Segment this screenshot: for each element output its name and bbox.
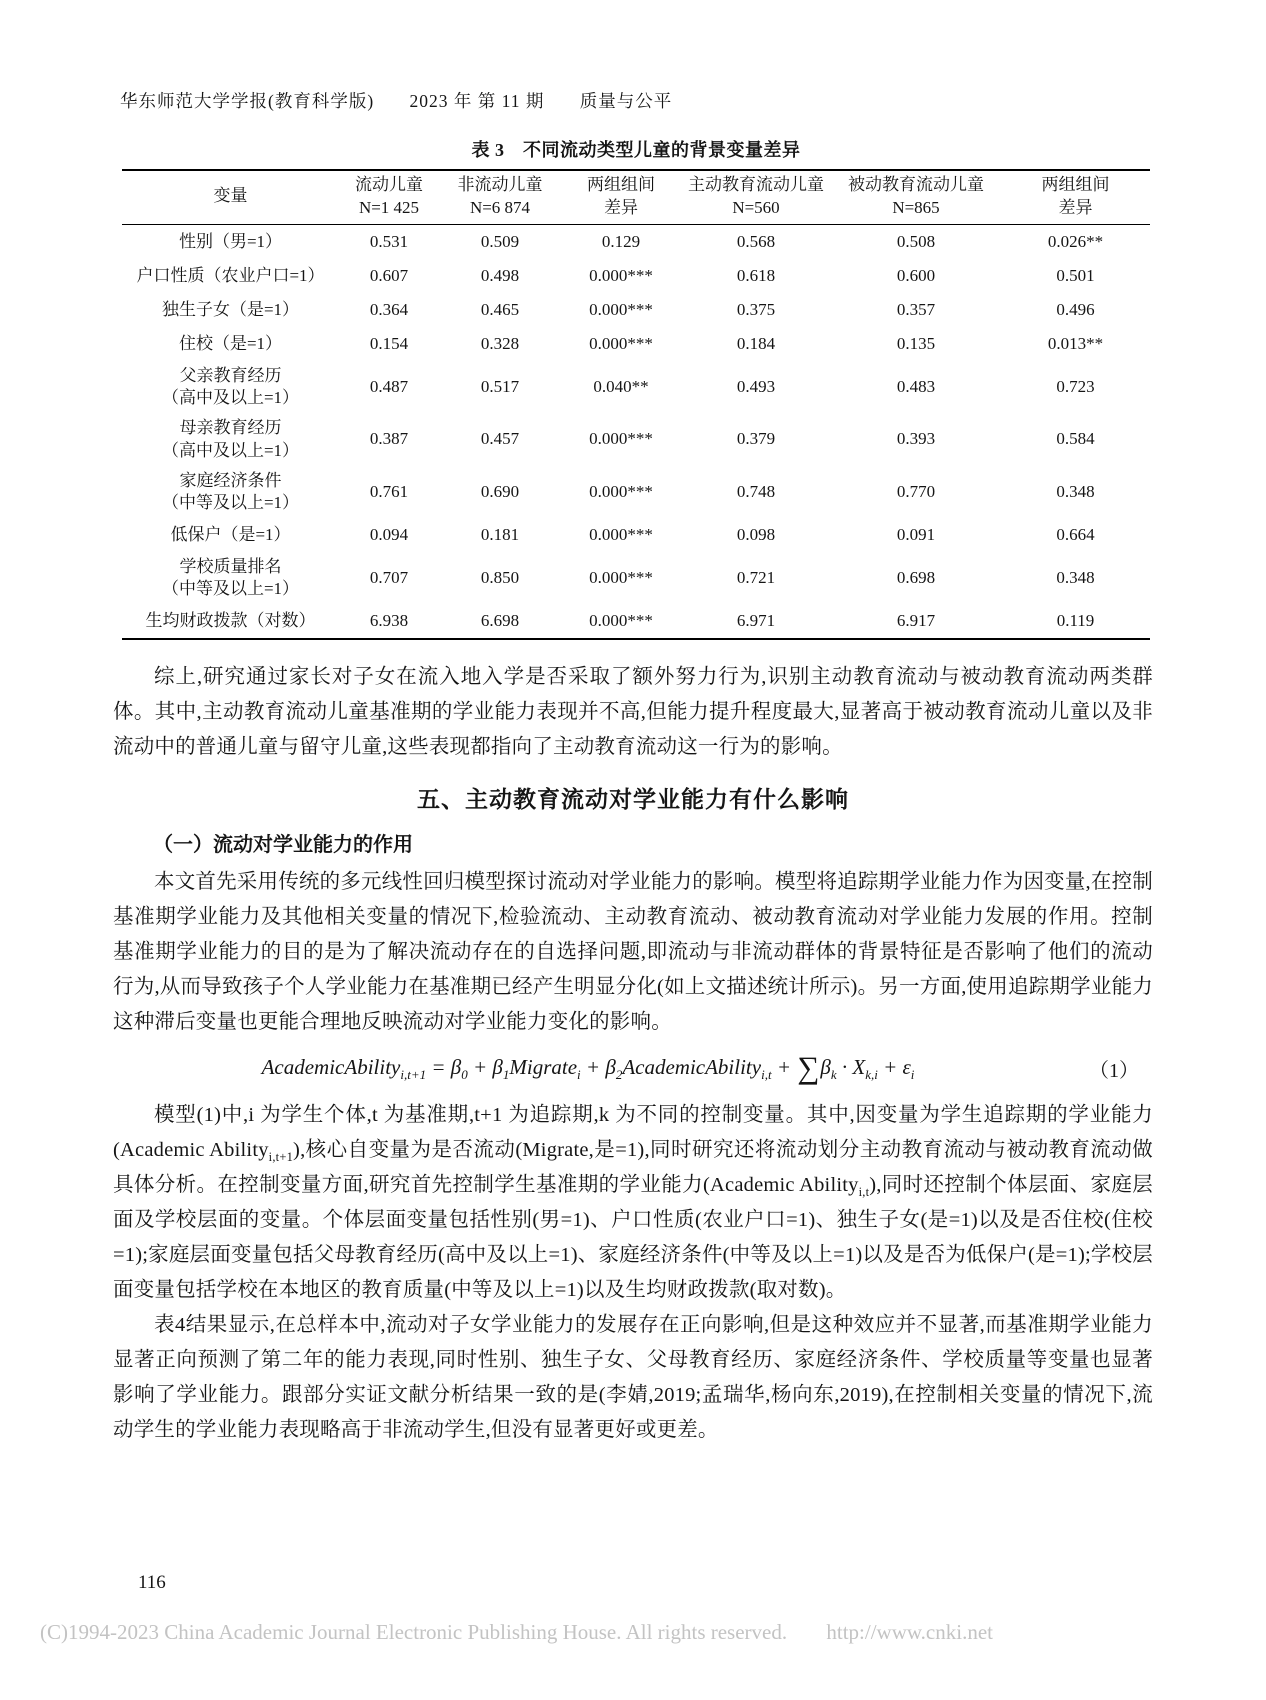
- formula-term: = β: [426, 1055, 461, 1079]
- equation-1: AcademicAbilityi,t+1 = β0 + β1Migratei +…: [113, 1050, 1063, 1086]
- table-cell: 0.348: [1001, 466, 1150, 518]
- table-cell: 6.698: [439, 604, 561, 639]
- table-cell: 0.328: [439, 327, 561, 361]
- row-label-line2: （高中及以上=1）: [122, 440, 339, 462]
- table-cell: 0.496: [1001, 293, 1150, 327]
- col-header-line1: 两组组间: [1001, 174, 1150, 197]
- col-header-line2: N=1 425: [339, 197, 439, 220]
- table-cell: 0.584: [1001, 413, 1150, 465]
- col-header-line1: 主动教育流动儿童: [681, 174, 831, 197]
- table-cell: 0.508: [831, 224, 1001, 259]
- table-cell: 0.000***: [561, 413, 681, 465]
- section-title: 五、主动教育流动对学业能力有什么影响: [113, 781, 1153, 814]
- row-label: 学校质量排名 （中等及以上=1）: [122, 552, 339, 604]
- table-row: 性别（男=1） 0.531 0.509 0.129 0.568 0.508 0.…: [122, 224, 1150, 259]
- journal-issue: 2023 年 第 11 期: [410, 91, 545, 111]
- table-cell: 0.723: [1001, 361, 1150, 413]
- inline-subscript: i,t: [859, 1185, 870, 1199]
- row-label-text: 学校质量排名: [180, 557, 282, 576]
- table-cell: 0.119: [1001, 604, 1150, 639]
- col-header-variable: 变量: [122, 170, 339, 224]
- table-cell: 0.013**: [1001, 327, 1150, 361]
- formula-term: + β: [468, 1055, 503, 1079]
- equation-number: （1）: [1089, 1054, 1139, 1083]
- table-cell: 0.531: [339, 224, 439, 259]
- table-cell: 0.379: [681, 413, 831, 465]
- table-row: 生均财政拨款（对数） 6.938 6.698 0.000*** 6.971 6.…: [122, 604, 1150, 639]
- table-header-row: 变量 流动儿童 N=1 425 非流动儿童 N=6 874 两组组间 差异 主: [122, 170, 1150, 224]
- row-label-line2: （高中及以上=1）: [122, 387, 339, 409]
- col-header-line2: N=865: [831, 197, 1001, 220]
- paragraph-table4-results: 表4结果显示,在总样本中,流动对子女学业能力的发展存在正向影响,但是这种效应并不…: [113, 1308, 1153, 1448]
- table-cell: 0.393: [831, 413, 1001, 465]
- table-cell: 0.098: [681, 518, 831, 552]
- table-cell: 0.498: [439, 259, 561, 293]
- formula-term: + β: [581, 1055, 616, 1079]
- table3: 变量 流动儿童 N=1 425 非流动儿童 N=6 874 两组组间 差异 主: [122, 169, 1150, 640]
- formula-term: AcademicAbility: [622, 1055, 761, 1079]
- formula-term: Migrate: [509, 1055, 577, 1079]
- table-row: 住校（是=1） 0.154 0.328 0.000*** 0.184 0.135…: [122, 327, 1150, 361]
- table-row: 学校质量排名 （中等及以上=1） 0.707 0.850 0.000*** 0.…: [122, 552, 1150, 604]
- table-cell: 0.181: [439, 518, 561, 552]
- col-header-active: 主动教育流动儿童 N=560: [681, 170, 831, 224]
- col-header-line1: 非流动儿童: [439, 174, 561, 197]
- row-label-line2: （中等及以上=1）: [122, 492, 339, 514]
- table-cell: 0.000***: [561, 604, 681, 639]
- table-row: 户口性质（农业户口=1） 0.607 0.498 0.000*** 0.618 …: [122, 259, 1150, 293]
- table-cell: 0.698: [831, 552, 1001, 604]
- table-cell: 0.375: [681, 293, 831, 327]
- inline-subscript: i,t+1: [269, 1150, 293, 1164]
- table-cell: 0.748: [681, 466, 831, 518]
- col-header-line2: N=560: [681, 197, 831, 220]
- col-header-line1: 两组组间: [561, 174, 681, 197]
- footer-copyright: (C)1994-2023 China Academic Journal Elec…: [40, 1620, 1240, 1645]
- table-cell: 0.348: [1001, 552, 1150, 604]
- table-cell: 0.487: [339, 361, 439, 413]
- running-head: 华东师范大学学报(教育科学版) 2023 年 第 11 期 质量与公平: [120, 88, 702, 113]
- table-cell: 0.000***: [561, 259, 681, 293]
- paragraph-model-intro: 本文首先采用传统的多元线性回归模型探讨流动对学业能力的影响。模型将追踪期学业能力…: [113, 865, 1153, 1040]
- col-header-passive: 被动教育流动儿童 N=865: [831, 170, 1001, 224]
- table-cell: 0.000***: [561, 466, 681, 518]
- journal-page: 华东师范大学学报(教育科学版) 2023 年 第 11 期 质量与公平 表 3 …: [0, 0, 1266, 1700]
- col-header-line2: 差异: [1001, 197, 1150, 220]
- journal-name: 华东师范大学学报(教育科学版): [120, 91, 374, 111]
- table-cell: 0.465: [439, 293, 561, 327]
- row-label-text: 独生子女（是=1）: [162, 300, 299, 319]
- table-cell: 0.457: [439, 413, 561, 465]
- table-cell: 0.770: [831, 466, 1001, 518]
- table-cell: 0.000***: [561, 518, 681, 552]
- table-cell: 0.568: [681, 224, 831, 259]
- col-header-nonmigrant: 非流动儿童 N=6 874: [439, 170, 561, 224]
- row-label-text: 父亲教育经历: [180, 366, 282, 385]
- table-cell: 0.721: [681, 552, 831, 604]
- col-header-diff1: 两组组间 差异: [561, 170, 681, 224]
- table-cell: 0.000***: [561, 552, 681, 604]
- table-cell: 0.761: [339, 466, 439, 518]
- table3-block: 表 3 不同流动类型儿童的背景变量差异 变量 流动儿童 N=1 425 非流动儿…: [122, 136, 1150, 640]
- table-cell: 0.600: [831, 259, 1001, 293]
- table-cell: 0.040**: [561, 361, 681, 413]
- table-cell: 0.094: [339, 518, 439, 552]
- table-cell: 0.184: [681, 327, 831, 361]
- row-label: 独生子女（是=1）: [122, 293, 339, 327]
- table-cell: 0.707: [339, 552, 439, 604]
- table-cell: 0.850: [439, 552, 561, 604]
- table-row: 家庭经济条件 （中等及以上=1） 0.761 0.690 0.000*** 0.…: [122, 466, 1150, 518]
- formula-term: · X: [837, 1055, 866, 1079]
- row-label: 母亲教育经历 （高中及以上=1）: [122, 413, 339, 465]
- formula-term: AcademicAbility: [262, 1055, 401, 1079]
- table-cell: 6.938: [339, 604, 439, 639]
- formula-subscript: i: [911, 1067, 915, 1082]
- table-cell: 0.000***: [561, 293, 681, 327]
- row-label: 父亲教育经历 （高中及以上=1）: [122, 361, 339, 413]
- col-header-migrant: 流动儿童 N=1 425: [339, 170, 439, 224]
- copyright-text: (C)1994-2023 China Academic Journal Elec…: [40, 1620, 787, 1644]
- row-label-text: 低保户（是=1）: [170, 525, 290, 544]
- formula-term: +: [772, 1055, 797, 1079]
- table-cell: 0.364: [339, 293, 439, 327]
- col-header-diff2: 两组组间 差异: [1001, 170, 1150, 224]
- table-cell: 0.690: [439, 466, 561, 518]
- paragraph-model-explain: 模型(1)中,i 为学生个体,t 为基准期,t+1 为追踪期,k 为不同的控制变…: [113, 1098, 1153, 1308]
- row-label: 性别（男=1）: [122, 224, 339, 259]
- row-label: 低保户（是=1）: [122, 518, 339, 552]
- row-label: 住校（是=1）: [122, 327, 339, 361]
- row-label: 生均财政拨款（对数）: [122, 604, 339, 639]
- row-label-text: 母亲教育经历: [180, 418, 282, 437]
- col-header-line2: N=6 874: [439, 197, 561, 220]
- table-cell: 0.387: [339, 413, 439, 465]
- row-label-text: 家庭经济条件: [180, 471, 282, 490]
- col-header-line2: 差异: [561, 197, 681, 220]
- table-cell: 0.135: [831, 327, 1001, 361]
- table-row: 母亲教育经历 （高中及以上=1） 0.387 0.457 0.000*** 0.…: [122, 413, 1150, 465]
- table-cell: 0.129: [561, 224, 681, 259]
- formula-subscript: i,t+1: [400, 1067, 426, 1082]
- subsection-title: （一）流动对学业能力的作用: [113, 828, 1153, 857]
- formula-subscript: i,t: [761, 1067, 771, 1082]
- table3-title: 表 3 不同流动类型儿童的背景变量差异: [122, 136, 1150, 162]
- equation-1-row: AcademicAbilityi,t+1 = β0 + β1Migratei +…: [113, 1042, 1153, 1094]
- formula-term: β: [820, 1055, 830, 1079]
- body-text-column: 综上,研究通过家长对子女在流入地入学是否采取了额外努力行为,识别主动教育流动与被…: [113, 660, 1153, 1448]
- table-cell: 0.493: [681, 361, 831, 413]
- table-row: 父亲教育经历 （高中及以上=1） 0.487 0.517 0.040** 0.4…: [122, 361, 1150, 413]
- table-cell: 0.607: [339, 259, 439, 293]
- paragraph-summary: 综上,研究通过家长对子女在流入地入学是否采取了额外努力行为,识别主动教育流动与被…: [113, 660, 1153, 765]
- row-label-text: 住校（是=1）: [179, 334, 282, 353]
- footer-url: http://www.cnki.net: [826, 1620, 993, 1644]
- journal-column: 质量与公平: [580, 91, 673, 111]
- row-label: 户口性质（农业户口=1）: [122, 259, 339, 293]
- row-label-text: 生均财政拨款（对数）: [146, 611, 316, 630]
- row-label-line2: （中等及以上=1）: [122, 578, 339, 600]
- row-label-text: 性别（男=1）: [179, 232, 282, 251]
- page-number: 116: [138, 1572, 166, 1594]
- table-cell: 0.154: [339, 327, 439, 361]
- table-cell: 0.000***: [561, 327, 681, 361]
- col-header-line1: 流动儿童: [339, 174, 439, 197]
- table-cell: 0.026**: [1001, 224, 1150, 259]
- table-cell: 0.517: [439, 361, 561, 413]
- formula-term: + ε: [878, 1055, 911, 1079]
- table-cell: 6.971: [681, 604, 831, 639]
- table-cell: 0.483: [831, 361, 1001, 413]
- table-row: 独生子女（是=1） 0.364 0.465 0.000*** 0.375 0.3…: [122, 293, 1150, 327]
- formula-subscript: k,i: [865, 1067, 878, 1082]
- table-row: 低保户（是=1） 0.094 0.181 0.000*** 0.098 0.09…: [122, 518, 1150, 552]
- col-header-line1: 被动教育流动儿童: [831, 174, 1001, 197]
- table-cell: 0.501: [1001, 259, 1150, 293]
- row-label: 家庭经济条件 （中等及以上=1）: [122, 466, 339, 518]
- sigma-symbol: ∑: [796, 1050, 820, 1085]
- table-cell: 6.917: [831, 604, 1001, 639]
- row-label-text: 户口性质（农业户口=1）: [136, 266, 324, 285]
- table-cell: 0.618: [681, 259, 831, 293]
- table-cell: 0.664: [1001, 518, 1150, 552]
- table-cell: 0.509: [439, 224, 561, 259]
- table-cell: 0.091: [831, 518, 1001, 552]
- table-cell: 0.357: [831, 293, 1001, 327]
